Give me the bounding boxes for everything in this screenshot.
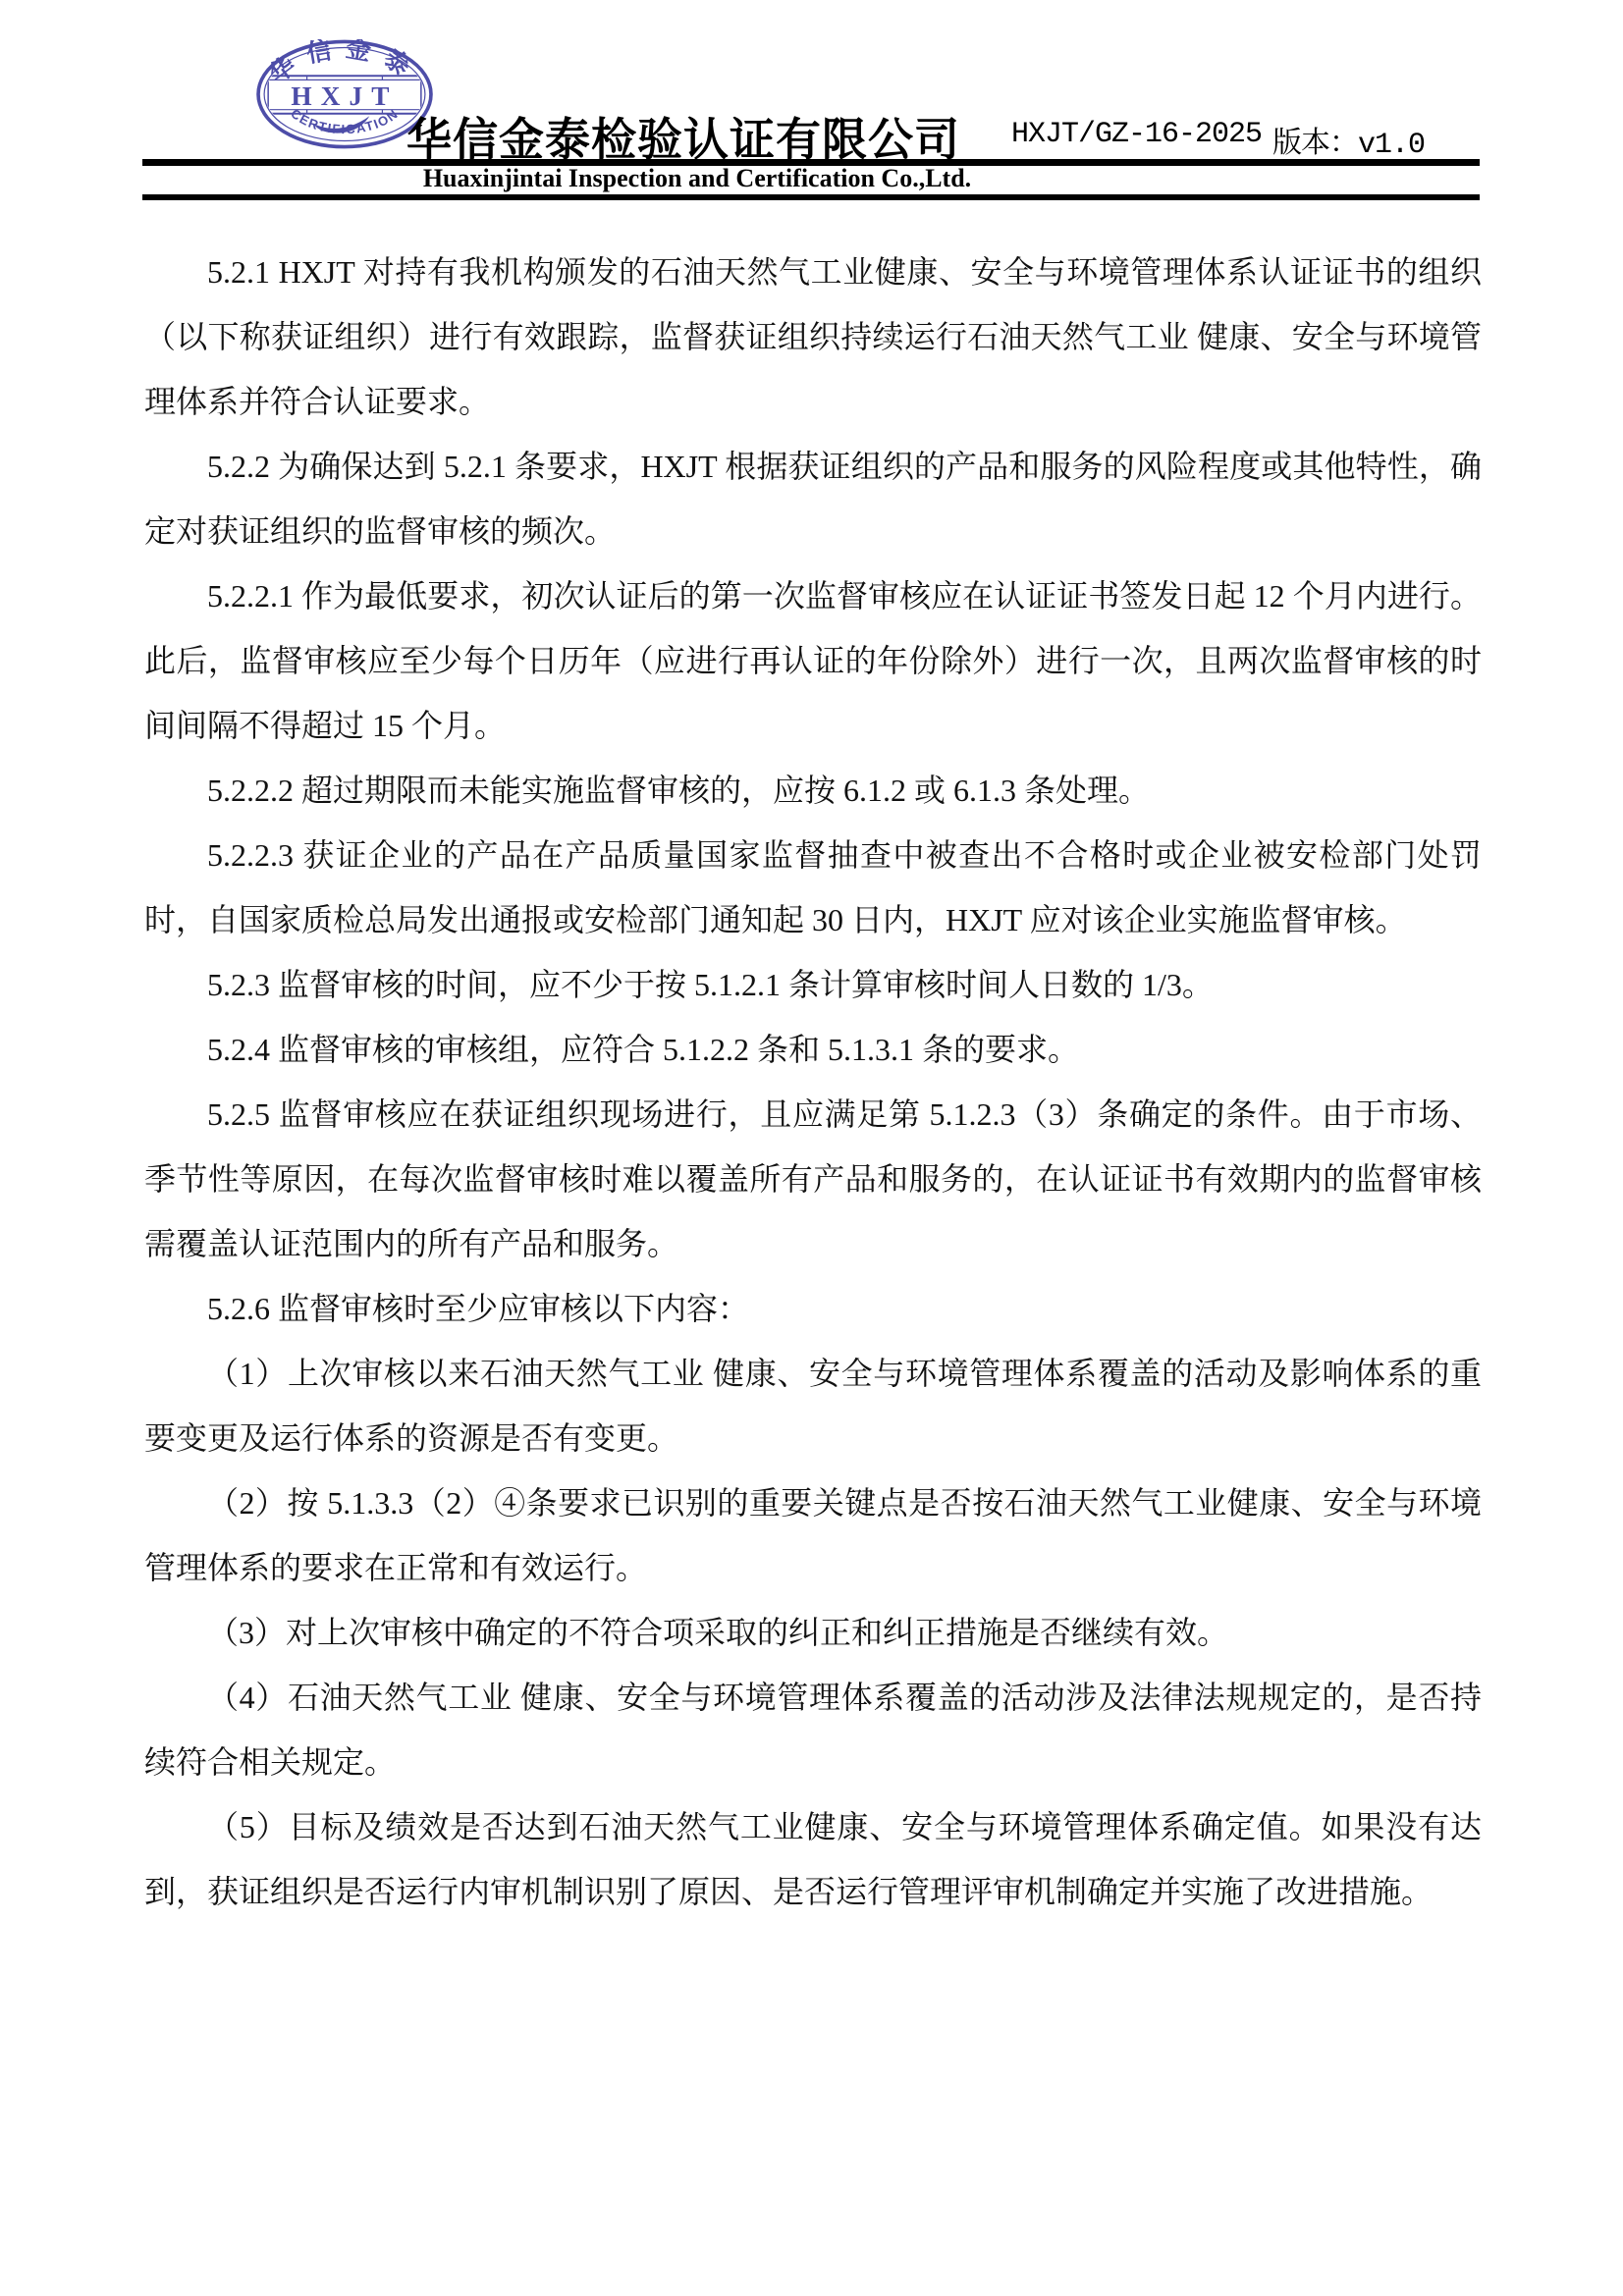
paragraph: 5.2.5 监督审核应在获证组织现场进行，且应满足第 5.1.2.3（3）条确定…	[144, 1082, 1482, 1276]
paragraph: 5.2.2.2 超过期限而未能实施监督审核的，应按 6.1.2 或 6.1.3 …	[144, 758, 1482, 823]
paragraph: （1）上次审核以来石油天然气工业 健康、安全与环境管理体系覆盖的活动及影响体系的…	[144, 1341, 1482, 1470]
paragraph: （2）按 5.1.3.3（2）④条要求已识别的重要关键点是否按石油天然气工业健康…	[144, 1470, 1482, 1600]
company-name-en: Huaxinjintai Inspection and Certificatio…	[142, 164, 1252, 193]
paragraph: 5.2.3 监督审核的时间，应不少于按 5.1.2.1 条计算审核时间人日数的 …	[144, 952, 1482, 1017]
document-number: HXJT/GZ-16-2025	[1011, 118, 1262, 151]
paragraph: （4）石油天然气工业 健康、安全与环境管理体系覆盖的活动涉及法律法规规定的，是否…	[144, 1665, 1482, 1794]
paragraph: 5.2.4 监督审核的审核组，应符合 5.1.2.2 条和 5.1.3.1 条的…	[144, 1017, 1482, 1082]
paragraph: 5.2.1 HXJT 对持有我机构颁发的石油天然气工业健康、安全与环境管理体系认…	[144, 240, 1482, 434]
document-body: 5.2.1 HXJT 对持有我机构颁发的石油天然气工业健康、安全与环境管理体系认…	[144, 240, 1482, 1924]
paragraph: 5.2.6 监督审核时至少应审核以下内容：	[144, 1276, 1482, 1341]
version-label: 版本：v1.0	[1272, 118, 1425, 162]
paragraph: （3）对上次审核中确定的不符合项采取的纠正和纠正措施是否继续有效。	[144, 1600, 1482, 1665]
document-page: HXJT 华信金泰 CERTIFICATION 华信金泰检验认证有限公司 HXJ…	[0, 0, 1623, 2296]
seal-monogram: HXJT	[291, 81, 398, 111]
paragraph: 5.2.2 为确保达到 5.2.1 条要求，HXJT 根据获证组织的产品和服务的…	[144, 434, 1482, 563]
paragraph: （5）目标及绩效是否达到石油天然气工业健康、安全与环境管理体系确定值。如果没有达…	[144, 1794, 1482, 1924]
paragraph: 5.2.2.3 获证企业的产品在产品质量国家监督抽查中被查出不合格时或企业被安检…	[144, 823, 1482, 952]
paragraph: 5.2.2.1 作为最低要求，初次认证后的第一次监督审核应在认证证书签发日起 1…	[144, 563, 1482, 758]
header-rule-bottom	[142, 194, 1480, 200]
